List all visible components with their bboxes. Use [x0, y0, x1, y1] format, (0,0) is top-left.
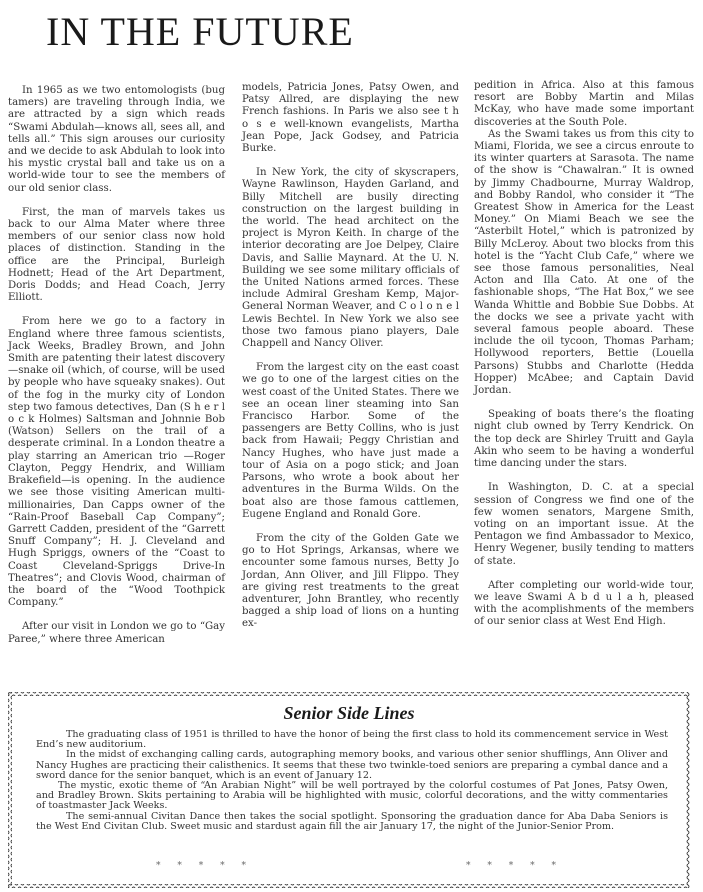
box-title: Senior Side Lines: [6, 703, 692, 724]
paragraph: After completing our world-wide tour, we…: [474, 580, 694, 629]
paragraph: pedition in Africa. Also at this famous …: [474, 80, 694, 129]
paragraph: From the largest city on the east coast …: [242, 362, 459, 521]
paragraph: The mystic, exotic theme of “An Arabian …: [36, 781, 668, 812]
paragraph: From here we go to a factory in England …: [8, 316, 225, 609]
paragraph: As the Swami takes us from this city to …: [474, 129, 694, 397]
paragraph: In Washington, D. C. at a special sessio…: [474, 482, 694, 567]
paragraph: First, the man of marvels takes us back …: [8, 207, 225, 305]
paragraph: In 1965 as we two entomologists (bug tam…: [8, 85, 225, 195]
paragraph: The graduating class of 1951 is thrilled…: [36, 730, 668, 750]
paragraph: In the midst of exchanging calling cards…: [36, 750, 668, 781]
paragraph: In New York, the city of skyscrapers, Wa…: [242, 167, 459, 350]
box-body: The graduating class of 1951 is thrilled…: [36, 730, 668, 832]
article-column-2: models, Patricia Jones, Patsy Owen, and …: [242, 82, 459, 643]
paragraph: After our visit in London we go to “Gay …: [8, 621, 225, 645]
paragraph: models, Patricia Jones, Patsy Owen, and …: [242, 82, 459, 155]
star-divider-right: * * * * *: [466, 861, 563, 871]
paragraph: Speaking of boats there’s the floating n…: [474, 409, 694, 470]
senior-side-lines-box: Senior Side Lines The graduating class o…: [6, 690, 692, 890]
article-column-1: In 1965 as we two entomologists (bug tam…: [8, 85, 225, 658]
article-column-3: pedition in Africa. Also at this famous …: [474, 80, 694, 641]
paragraph: From the city of the Golden Gate we go t…: [242, 533, 459, 631]
page-title: IN THE FUTURE: [46, 8, 354, 55]
paragraph: The semi-annual Civitan Dance then takes…: [36, 812, 668, 832]
star-divider-left: * * * * *: [156, 861, 253, 871]
